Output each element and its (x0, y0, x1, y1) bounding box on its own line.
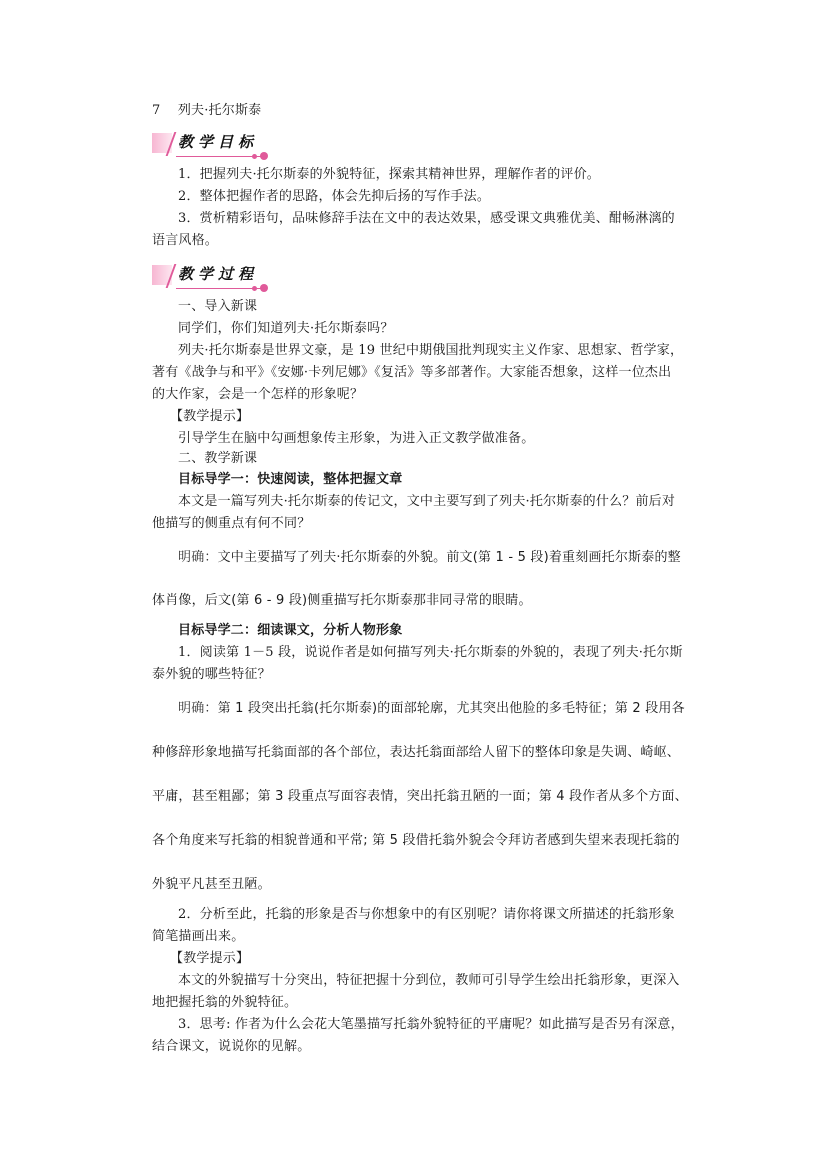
tip-label: 【教学提示】 (152, 409, 249, 425)
heading-decoration-dot (252, 154, 257, 159)
subsection-title: 一、导入新课 (152, 299, 257, 315)
tip-text: 引导学生在脑中勾画想象传主形象，为进入正文教学做准备。 (152, 431, 534, 447)
lesson-number: 7 (152, 103, 160, 118)
objective-item: 2．整体把握作者的思路，体会先抑后扬的写作手法。 (152, 189, 490, 205)
question-cont: 泰外貌的哪些特征？ (152, 667, 271, 683)
subsection-title: 二、教学新课 (152, 451, 257, 467)
tip-label: 【教学提示】 (152, 951, 249, 967)
heading-text: 教学过程 (178, 263, 258, 284)
goal-title: 目标导学一：快速阅读，整体把握文章 (152, 472, 402, 488)
question-cont: 简笔描画出来。 (152, 929, 244, 945)
tip-text-cont: 地把握托翁的外貌特征。 (152, 995, 297, 1011)
goal-title: 目标导学二：细读课文，分析人物形象 (152, 623, 402, 639)
question: 本文是一篇写列夫·托尔斯泰的传记文，文中主要写到了列夫·托尔斯泰的什么？前后对 (152, 494, 675, 510)
answer-cont: 种修辞形象地描写托翁面部的各个部位，表达托翁面部给人留下的整体印象是失调、崎岖、 (152, 745, 680, 761)
answer-text: 第 1 段突出托翁(托尔斯泰)的面部轮廓，尤其突出他脸的多毛特征；第 2 段用各 (218, 701, 685, 716)
objective-item-cont: 语言风格。 (152, 233, 218, 249)
question-cont: 他描写的侧重点有何不同？ (152, 516, 310, 532)
answer-cont: 外貌平凡甚至丑陋。 (152, 877, 271, 893)
paragraph: 列夫·托尔斯泰是世界文豪，是 19 世纪中期俄国批判现实主义作家、思想家、哲学家… (152, 343, 683, 359)
question-cont: 结合课文，说说你的见解。 (152, 1039, 310, 1055)
lesson-title: 7 列夫·托尔斯泰 (152, 103, 261, 119)
heading-decoration-dot (260, 152, 268, 160)
paragraph-cont: 著有《战争与和平》《安娜·卡列尼娜》《复活》等多部著作。大家能否想象，这样一位杰… (152, 365, 671, 381)
section-heading-process: 教学过程 (152, 262, 272, 290)
heading-decoration-dot (260, 284, 268, 292)
tip-text: 本文的外貌描写十分突出，特征把握十分到位，教师可引导学生绘出托翁形象，更深入 (152, 973, 680, 989)
answer-lead: 明确： (178, 701, 218, 716)
paragraph-cont: 的大作家，会是一个怎样的形象呢？ (152, 387, 363, 403)
question: 3．思考: 作者为什么会花大笔墨描写托翁外貌特征的平庸呢？如此描写是否另有深意， (152, 1017, 684, 1033)
section-heading-objectives: 教学目标 (152, 130, 272, 158)
answer-text: 文中主要描写了列夫·托尔斯泰的外貌。前文(第 1 - 5 段)着重刻画托尔斯泰的… (218, 550, 681, 565)
answer-lead: 明确： (178, 550, 218, 565)
heading-decoration-underline (176, 156, 264, 157)
question: 2．分析至此，托翁的形象是否与你想象中的有区别呢？请你将课文所描述的托翁形象 (152, 907, 675, 923)
heading-text: 教学目标 (178, 131, 258, 152)
answer-cont: 平庸，甚至粗鄙；第 3 段重点写面容表情，突出托翁丑陋的一面；第 4 段作者从多… (152, 789, 688, 805)
objective-item: 3．赏析精彩语句，品味修辞手法在文中的表达效果，感受课文典雅优美、酣畅淋漓的 (152, 211, 675, 227)
paragraph: 同学们，你们知道列夫·托尔斯泰吗？ (152, 321, 394, 337)
answer-cont: 各个角度来写托翁的相貌普通和平常; 第 5 段借托翁外貌会令拜访者感到失望来表现… (152, 833, 680, 849)
answer: 明确：第 1 段突出托翁(托尔斯泰)的面部轮廓，尤其突出他脸的多毛特征；第 2 … (152, 701, 685, 717)
objective-item: 1．把握列夫·托尔斯泰的外貌特征，探索其精神世界，理解作者的评价。 (152, 167, 600, 183)
lesson-name: 列夫·托尔斯泰 (178, 103, 262, 118)
question: 1．阅读第 1－5 段，说说作者是如何描写列夫·托尔斯泰的外貌的，表现了列夫·托… (152, 645, 683, 661)
heading-decoration-dot (252, 286, 257, 291)
answer: 明确：文中主要描写了列夫·托尔斯泰的外貌。前文(第 1 - 5 段)着重刻画托尔… (152, 550, 681, 566)
answer-cont: 体肖像，后文(第 6 - 9 段)侧重描写托尔斯泰那非同寻常的眼睛。 (152, 593, 532, 609)
heading-decoration-underline (176, 288, 264, 289)
